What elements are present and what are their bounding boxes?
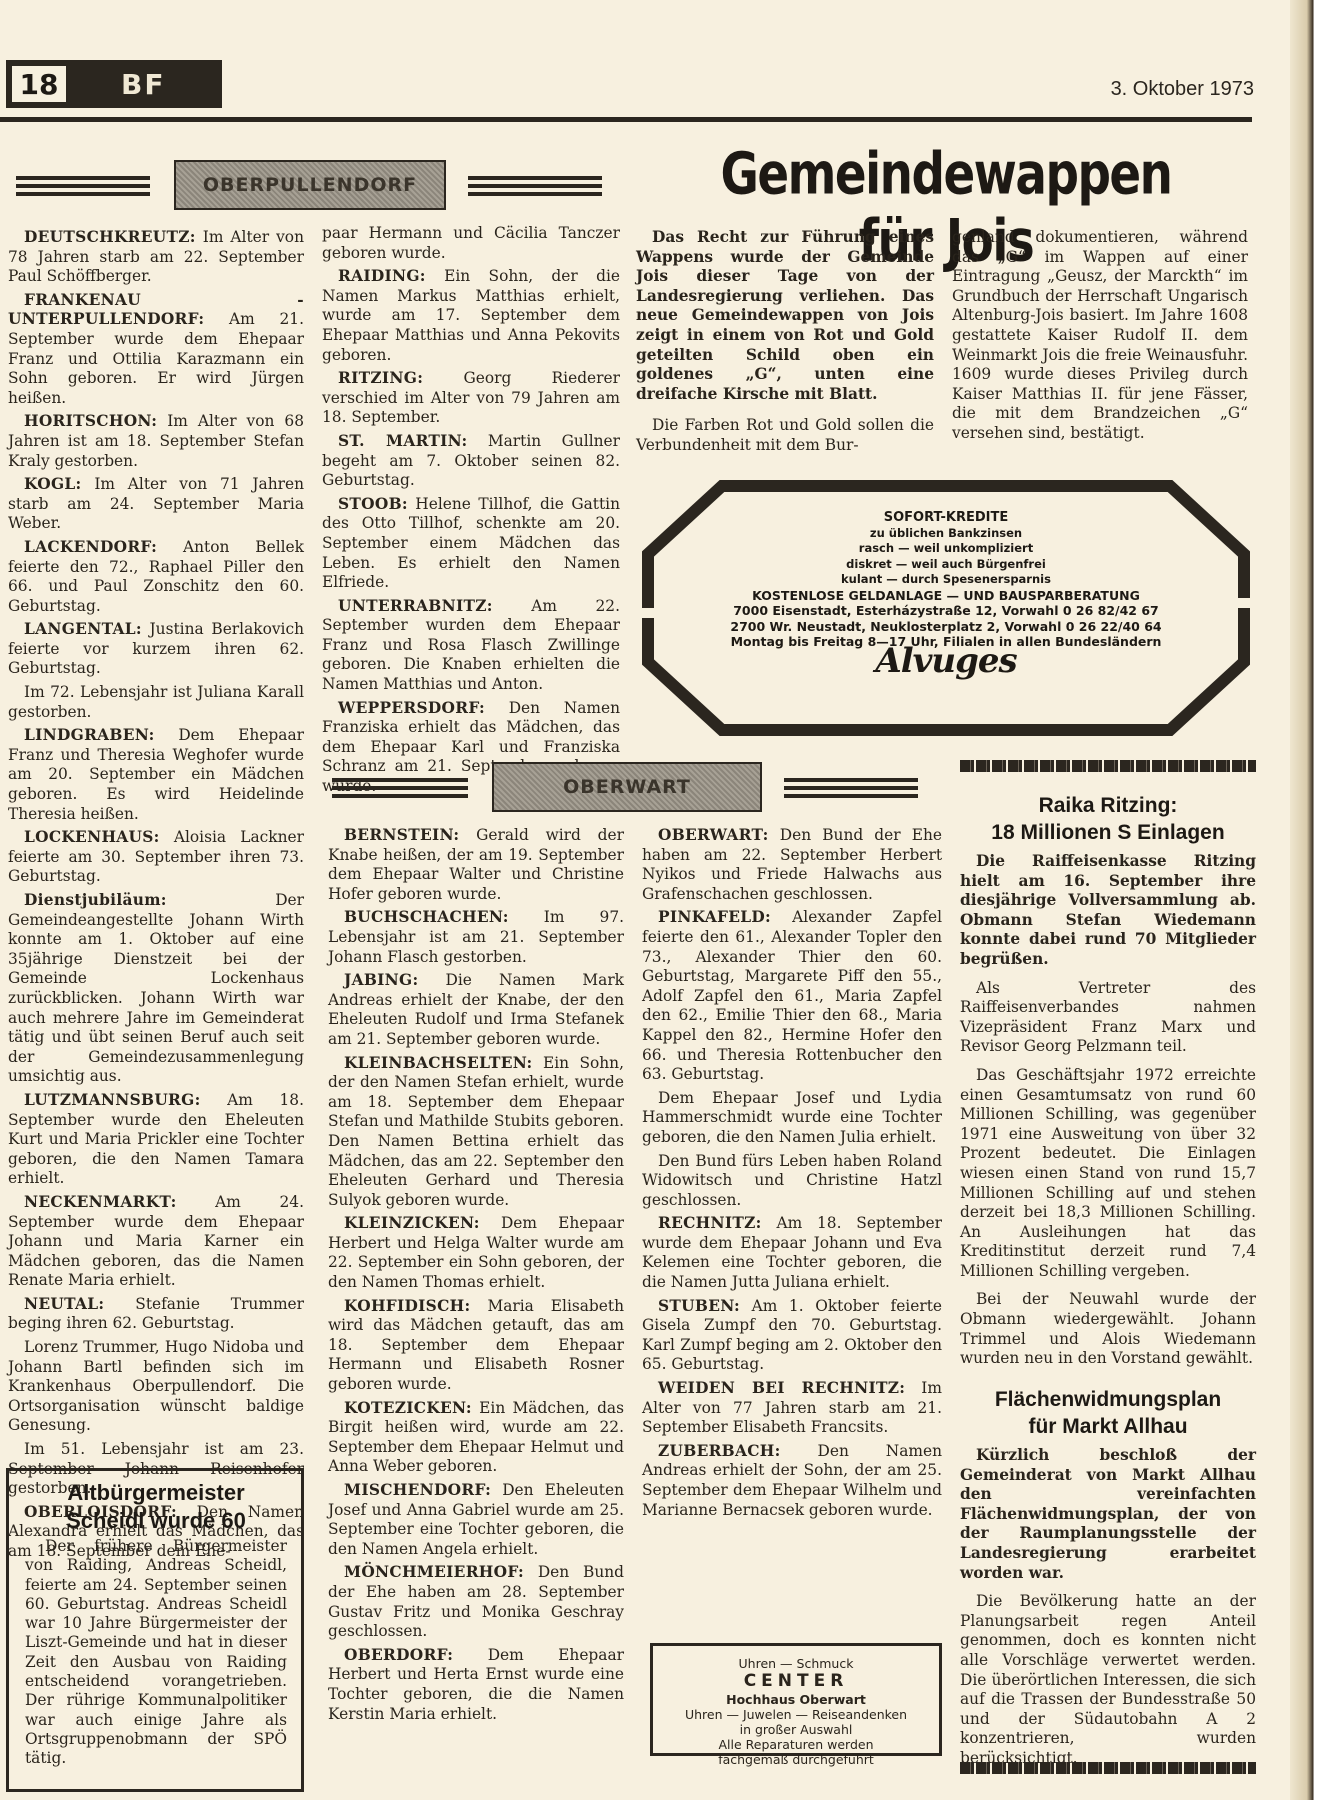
news-item: MISCHENDORF: Den Eheleuten Josef und Ann… bbox=[328, 1481, 624, 1559]
news-item: LUTZMANNSBURG: Am 18. September wurde de… bbox=[8, 1091, 304, 1189]
ad-line: rasch — weil unkompliziert bbox=[642, 541, 1250, 557]
raika-headline-1: Raika Ritzing: bbox=[960, 792, 1256, 819]
allhau-lead: Kürzlich beschloß der Gemeinderat von Ma… bbox=[960, 1446, 1256, 1583]
news-item-place: RITZING: bbox=[338, 369, 423, 387]
news-item-place: LACKENDORF: bbox=[24, 538, 157, 556]
news-item-place: WEIDEN BEI RECHNITZ: bbox=[658, 1379, 905, 1397]
news-item: paar Hermann und Cäcilia Tanczer geboren… bbox=[322, 224, 620, 263]
news-item: OBERDORF: Dem Ehepaar Herbert und Herta … bbox=[328, 1646, 624, 1724]
raika-article: Raika Ritzing: 18 Millionen S Einlagen D… bbox=[960, 792, 1256, 1378]
column-oberwart-2: OBERWART: Den Bund der Ehe haben am 22. … bbox=[642, 826, 942, 1524]
news-item: Dienstjubiläum: Der Gemeindeangestellte … bbox=[8, 891, 304, 1087]
news-item-place: HORITSCHON: bbox=[24, 412, 157, 430]
issue-date: 3. Oktober 1973 bbox=[1111, 78, 1254, 101]
news-item-place: WEPPERSDORF: bbox=[338, 699, 485, 717]
ad-line: 7000 Eisenstadt, Esterházystraße 12, Vor… bbox=[642, 603, 1250, 619]
ad-line: zu üblichen Bankzinsen bbox=[642, 526, 1250, 542]
news-item: PINKAFELD: Alexander Zapfel feierte den … bbox=[642, 908, 942, 1084]
news-item-text: Ein Sohn, der den Namen Stefan erhielt, … bbox=[328, 1054, 624, 1209]
raika-headline-2: 18 Millionen S Einlagen bbox=[960, 819, 1256, 846]
news-item: Den Bund fürs Leben haben Roland Widowit… bbox=[642, 1152, 942, 1211]
news-item: KLEINBACHSELTEN: Ein Sohn, der den Namen… bbox=[328, 1054, 624, 1211]
news-item-place: NECKENMARKT: bbox=[24, 1193, 177, 1211]
news-item-place: KOHFIDISCH: bbox=[344, 1297, 470, 1315]
news-item: DEUTSCHKREUTZ: Im Alter von 78 Jahren st… bbox=[8, 228, 304, 287]
news-item: RECHNITZ: Am 18. September wurde dem Ehe… bbox=[642, 1214, 942, 1292]
news-item-place: JABING: bbox=[344, 971, 418, 989]
news-item-place: MÖNCHMEIERHOF: bbox=[344, 1563, 524, 1581]
news-item-place: KOTEZICKEN: bbox=[344, 1399, 472, 1417]
news-item-place: RAIDING: bbox=[338, 267, 426, 285]
news-item-text: Im 72. Lebensjahr ist Juliana Karall ges… bbox=[8, 683, 304, 721]
news-item: NECKENMARKT: Am 24. September wurde dem … bbox=[8, 1193, 304, 1291]
allhau-headline-2: für Markt Allhau bbox=[960, 1413, 1256, 1440]
news-item: FRANKENAU - UNTERPULLENDORF: Am 21. Sept… bbox=[8, 291, 304, 409]
alvuges-logo: Alvuges bbox=[642, 654, 1250, 670]
news-item-text: Den Bund fürs Leben haben Roland Widowit… bbox=[642, 1152, 942, 1209]
news-item-place: LANGENTAL: bbox=[24, 620, 142, 638]
news-item: Im 72. Lebensjahr ist Juliana Karall ges… bbox=[8, 683, 304, 722]
ad-line: SOFORT-KREDITE bbox=[642, 510, 1250, 526]
news-item: BERNSTEIN: Gerald wird der Knabe heißen,… bbox=[328, 826, 624, 904]
news-item: STOOB: Helene Tillhof, die Gattin des Ot… bbox=[322, 495, 620, 593]
section-banner-oberpullendorf: OBERPULLENDORF bbox=[174, 160, 446, 210]
page-edge bbox=[1290, 0, 1318, 1800]
news-item: LOCKENHAUS: Aloisia Lackner feierte am 3… bbox=[8, 828, 304, 887]
news-item: HORITSCHON: Im Alter von 68 Jahren ist a… bbox=[8, 412, 304, 471]
jois-body-2: genland dokumentieren, während das „G“ i… bbox=[952, 228, 1248, 444]
news-item: NEUTAL: Stefanie Trummer beging ihren 62… bbox=[8, 1295, 304, 1334]
scheidl-headline-1: Altbürgermeister bbox=[25, 1479, 287, 1507]
news-item-place: STOOB: bbox=[338, 495, 408, 513]
news-item: LINDGRABEN: Dem Ehepaar Franz und Theres… bbox=[8, 726, 304, 824]
news-item: KOHFIDISCH: Maria Elisabeth wird das Mäd… bbox=[328, 1297, 624, 1395]
banner-rule-right bbox=[784, 778, 918, 798]
news-item: JABING: Die Namen Mark Andreas erhielt d… bbox=[328, 971, 624, 1049]
alvuges-ad[interactable]: SOFORT-KREDITE zu üblichen Bankzinsen ra… bbox=[642, 480, 1250, 736]
header-rule bbox=[0, 117, 1252, 122]
center-ad-location: Hochhaus Oberwart bbox=[653, 1692, 939, 1707]
banner-rule-left bbox=[332, 778, 468, 798]
news-item: UNTERRABNITZ: Am 22. September wurden de… bbox=[322, 597, 620, 695]
news-item-place: KOGL: bbox=[24, 475, 82, 493]
paper-code: BF bbox=[121, 68, 165, 101]
news-item-place: RECHNITZ: bbox=[658, 1214, 762, 1232]
news-item-place: PINKAFELD: bbox=[658, 908, 771, 926]
raika-body: Die Raiffeisenkasse Ritzing hielt am 16.… bbox=[960, 852, 1256, 1369]
news-item-text: Lorenz Trummer, Hugo Nidoba und Johann B… bbox=[8, 1338, 304, 1434]
news-item-place: OBERWART: bbox=[658, 826, 769, 844]
ad-line: KOSTENLOSE GELDANLAGE — UND BAUSPARBERAT… bbox=[642, 588, 1250, 604]
center-ad-line5: in großer Auswahl bbox=[653, 1722, 939, 1737]
banner-rule-left bbox=[16, 176, 150, 196]
raika-lead: Die Raiffeisenkasse Ritzing hielt am 16.… bbox=[960, 852, 1256, 970]
news-item: KOTEZICKEN: Ein Mädchen, das Birgit heiß… bbox=[328, 1399, 624, 1477]
separator-bar bbox=[960, 760, 1256, 772]
news-item-text: Alexander Zapfel feierte den 61., Alexan… bbox=[642, 908, 942, 1083]
jois-column-1: Das Recht zur Führung eines Wappens wurd… bbox=[636, 228, 934, 460]
news-item: ST. MARTIN: Martin Gullner begeht am 7. … bbox=[322, 432, 620, 491]
news-item: LANGENTAL: Justina Berlakovich feierte v… bbox=[8, 620, 304, 679]
center-ad-line6: Alle Reparaturen werden bbox=[653, 1737, 939, 1752]
banner-rule-right bbox=[468, 176, 602, 196]
allhau-headline-1: Flächenwidmungsplan bbox=[960, 1386, 1256, 1413]
news-item-place: UNTERRABNITZ: bbox=[338, 597, 493, 615]
news-item-text: paar Hermann und Cäcilia Tanczer geboren… bbox=[322, 224, 620, 262]
news-item-place: STUBEN: bbox=[658, 1297, 740, 1315]
news-item: BUCHSCHACHEN: Im 97. Lebensjahr ist am 2… bbox=[328, 908, 624, 967]
allhau-body: Kürzlich beschloß der Gemeinderat von Ma… bbox=[960, 1446, 1256, 1769]
separator-bar bbox=[960, 1762, 1256, 1774]
center-ad-line7: fachgemäß durchgeführt bbox=[653, 1752, 939, 1767]
jois-column-2: genland dokumentieren, während das „G“ i… bbox=[952, 228, 1248, 448]
allhau-p1: Die Bevölkerung hatte an der Planungsarb… bbox=[960, 1592, 1256, 1768]
news-item: STUBEN: Am 1. Oktober feierte Gisela Zum… bbox=[642, 1297, 942, 1375]
center-ad-line4: Uhren — Juwelen — Reiseandenken bbox=[653, 1707, 939, 1722]
news-item-place: KLEINZICKEN: bbox=[344, 1214, 480, 1232]
column-oberwart-1: BERNSTEIN: Gerald wird der Knabe heißen,… bbox=[328, 826, 624, 1728]
news-item: KLEINZICKEN: Dem Ehepaar Herbert und Hel… bbox=[328, 1214, 624, 1292]
news-item-place: KLEINBACHSELTEN: bbox=[344, 1054, 533, 1072]
news-item-place: DEUTSCHKREUTZ: bbox=[24, 228, 196, 246]
news-item: OBERWART: Den Bund der Ehe haben am 22. … bbox=[642, 826, 942, 904]
page-header-block: 18 BF bbox=[6, 60, 222, 108]
news-item: RITZING: Georg Riederer verschied im Alt… bbox=[322, 369, 620, 428]
news-item: WEIDEN BEI RECHNITZ: Im Alter von 77 Jah… bbox=[642, 1379, 942, 1438]
scheidl-body: Der frühere Bürgermeister von Raiding, A… bbox=[25, 1537, 287, 1769]
ad-line: kulant — durch Spesenersparnis bbox=[642, 572, 1250, 588]
raika-p1: Als Vertreter des Raiffeisenverbandes na… bbox=[960, 979, 1256, 1057]
news-item-text: Der Gemeindeangestellte Johann Wirth kon… bbox=[8, 891, 304, 1085]
news-item: LACKENDORF: Anton Bellek feierte den 72.… bbox=[8, 538, 304, 616]
column-oberpullendorf-2: paar Hermann und Cäcilia Tanczer geboren… bbox=[322, 224, 620, 801]
news-item: MÖNCHMEIERHOF: Den Bund der Ehe haben am… bbox=[328, 1563, 624, 1641]
allhau-article: Flächenwidmungsplan für Markt Allhau Kür… bbox=[960, 1386, 1256, 1778]
ad-line: diskret — weil auch Bürgenfrei bbox=[642, 557, 1250, 573]
news-item-place: Dienstjubiläum: bbox=[24, 891, 167, 909]
news-item: RAIDING: Ein Sohn, der die Namen Markus … bbox=[322, 267, 620, 365]
scheidl-article-box: Altbürgermeister Scheidl wurde 60 Der fr… bbox=[6, 1468, 304, 1792]
news-item-place: BUCHSCHACHEN: bbox=[344, 908, 509, 926]
news-item-place: BERNSTEIN: bbox=[344, 826, 459, 844]
news-item-place: ZUBERBACH: bbox=[658, 1442, 781, 1460]
news-item-text: Dem Ehepaar Josef und Lydia Hammerschmid… bbox=[642, 1089, 942, 1146]
news-item: KOGL: Im Alter von 71 Jahren starb am 24… bbox=[8, 475, 304, 534]
news-item-place: LUTZMANNSBURG: bbox=[24, 1091, 201, 1109]
alvuges-ad-text: SOFORT-KREDITE zu üblichen Bankzinsen ra… bbox=[642, 510, 1250, 669]
center-jeweller-ad[interactable]: Uhren — Schmuck CENTER Hochhaus Oberwart… bbox=[650, 1643, 942, 1756]
news-item: ZUBERBACH: Den Namen Andreas erhielt der… bbox=[642, 1442, 942, 1520]
news-item-place: LINDGRABEN: bbox=[24, 726, 155, 744]
news-item: Lorenz Trummer, Hugo Nidoba und Johann B… bbox=[8, 1338, 304, 1436]
center-ad-line1: Uhren — Schmuck bbox=[653, 1656, 939, 1671]
center-ad-name: CENTER bbox=[653, 1671, 939, 1692]
raika-p2: Das Geschäftsjahr 1972 erreichte einen G… bbox=[960, 1066, 1256, 1282]
jois-body-1: Die Farben Rot und Gold sollen die Verbu… bbox=[636, 416, 934, 455]
column-oberpullendorf-1: DEUTSCHKREUTZ: Im Alter von 78 Jahren st… bbox=[8, 228, 304, 1566]
news-item-place: ST. MARTIN: bbox=[338, 432, 467, 450]
news-item: Dem Ehepaar Josef und Lydia Hammerschmid… bbox=[642, 1089, 942, 1148]
jois-lead: Das Recht zur Führung eines Wappens wurd… bbox=[636, 228, 934, 404]
page-number: 18 bbox=[9, 63, 69, 105]
news-item-place: MISCHENDORF: bbox=[344, 1481, 491, 1499]
news-item-place: LOCKENHAUS: bbox=[24, 828, 160, 846]
raika-p3: Bei der Neuwahl wurde der Obmann wiederg… bbox=[960, 1290, 1256, 1368]
news-item-place: OBERDORF: bbox=[344, 1646, 453, 1664]
ad-line: 2700 Wr. Neustadt, Neuklosterplatz 2, Vo… bbox=[642, 619, 1250, 635]
section-banner-oberwart: OBERWART bbox=[492, 762, 762, 812]
scheidl-headline-2: Scheidl wurde 60 bbox=[25, 1507, 287, 1535]
news-item-place: NEUTAL: bbox=[24, 1295, 104, 1313]
